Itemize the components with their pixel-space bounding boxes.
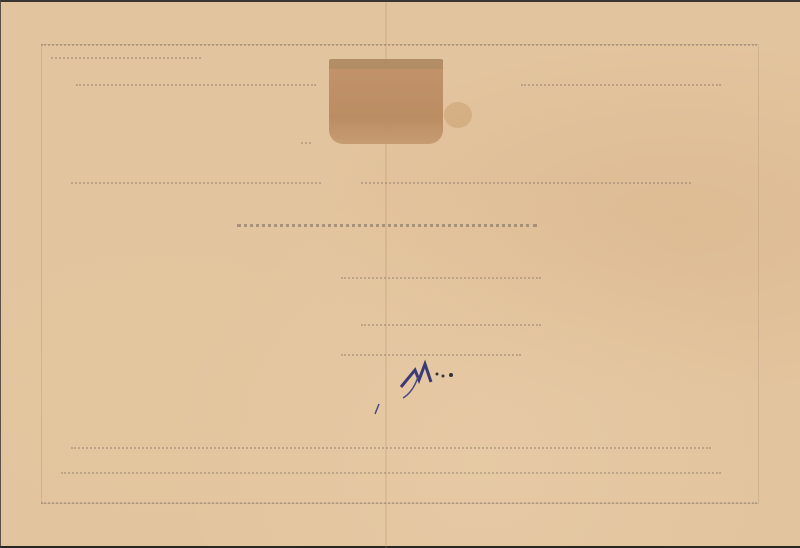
bleed-through-line	[76, 84, 316, 86]
bleed-through-rule-bottom	[41, 502, 757, 504]
bleed-through-line	[361, 182, 691, 184]
bleed-through-rule-top	[41, 44, 757, 46]
bleed-through-line	[61, 472, 721, 474]
bleed-through-line	[51, 57, 201, 59]
document-paper	[0, 0, 800, 546]
stain-mark	[444, 102, 472, 128]
bleed-through-line	[301, 142, 311, 144]
bleed-through-heading	[237, 224, 537, 227]
bleed-through-line	[341, 277, 541, 279]
bleed-through-line	[71, 447, 711, 449]
bleed-through-line	[361, 324, 541, 326]
bleed-through-line	[521, 84, 721, 86]
tape-patch	[329, 59, 443, 144]
bleed-through-line	[71, 182, 321, 184]
ink-scribble-icon	[373, 342, 473, 422]
